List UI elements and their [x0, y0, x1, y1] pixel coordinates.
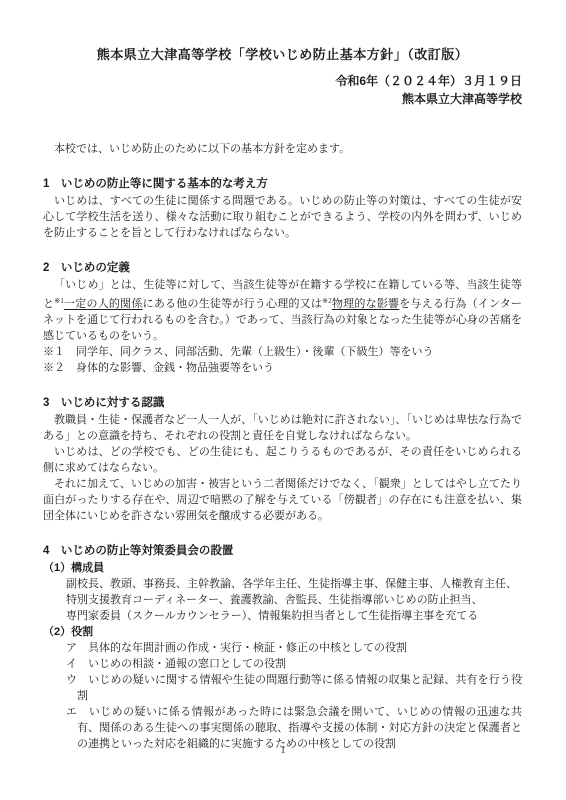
member-line: 特別支援教育コーディネーター、養護教諭、舎監長、生徒指導部いじめの防止担当、	[66, 592, 522, 608]
section-4-committee: 4 いじめの防止等対策委員会の設置 （1）構成員 副校長、教頭、事務長、主幹教諭…	[43, 543, 522, 752]
committee-role-list: ア 具体的な年間計画の作成・実行・検証・修正の中核としての役割 イ いじめの相談…	[43, 640, 522, 752]
subsection-roles-heading: （2）役割	[43, 624, 522, 640]
section-1-body: いじめは、すべての生徒に関係する問題である。いじめの防止等の対策は、すべての生徒…	[43, 193, 522, 241]
section-2-definition: 2 いじめの定義 「いじめ」とは、生徒等に対して、当該生徒等が在籍する学校に在籍…	[43, 260, 522, 376]
member-line: 専門家委員（スクールカウンセラー）、情報集約担当者として生徒指導主事を充てる	[66, 608, 522, 624]
section-3-recognition: 3 いじめに対する認識 教職員・生徒・保護者など一人一人が、「いじめは絶対に許さ…	[43, 395, 522, 524]
role-item-i: イ いじめの相談・通報の窓口としての役割	[66, 656, 522, 672]
role-item-u: ウ いじめの疑いに関する情報や生徒の問題行動等に係る情報の収集と記録、共有を行う…	[66, 672, 522, 704]
page-number: 1	[0, 742, 566, 758]
section-1-heading: 1 いじめの防止等に関する基本的な考え方	[43, 176, 522, 192]
committee-member-list: 副校長、教頭、事務長、主幹教諭、各学年主任、生徒指導主事、保健主事、人権教育主任…	[43, 576, 522, 624]
footnote-ref-2: ※2	[322, 297, 332, 305]
definition-mid: にある他の生徒等が行う心理的又は	[143, 298, 323, 310]
section-4-heading: 4 いじめの防止等対策委員会の設置	[43, 543, 522, 559]
section-3-paragraph-3: それに加えて、いじめの加害・被害という二者関係だけでなく、「観衆」としてはやし立…	[43, 476, 522, 524]
section-2-body: 「いじめ」とは、生徒等に対して、当該生徒等が在籍する学校に在籍している等、当該生…	[43, 277, 522, 344]
member-line: 副校長、教頭、事務長、主幹教諭、各学年主任、生徒指導主事、保健主事、人権教育主任…	[66, 576, 522, 592]
section-3-paragraph-2: いじめは、どの学校でも、どの生徒にも、起こりうるものであるが、その責任をいじめら…	[43, 444, 522, 476]
section-3-heading: 3 いじめに対する認識	[43, 395, 522, 411]
document-school-name: 熊本県立大津高等学校	[43, 90, 522, 108]
footnote-ref-1: ※1	[54, 297, 64, 305]
document-title: 熊本県立大津高等学校「学校いじめ防止基本方針」（改訂版）	[43, 46, 522, 63]
intro-paragraph: 本校では、いじめ防止のために以下の基本方針を定めます。	[43, 141, 522, 157]
underlined-term-personal-relation: 一定の人的関係	[64, 298, 143, 310]
section-2-heading: 2 いじめの定義	[43, 260, 522, 276]
role-item-a: ア 具体的な年間計画の作成・実行・検証・修正の中核としての役割	[66, 640, 522, 656]
section-1-basic-policy: 1 いじめの防止等に関する基本的な考え方 いじめは、すべての生徒に関係する問題で…	[43, 176, 522, 241]
section-3-paragraph-1: 教職員・生徒・保護者など一人一人が、「いじめは絶対に許されない」、「いじめは卑怯…	[43, 412, 522, 444]
document-date: 令和6年（２０２４年）３月１９日	[43, 72, 522, 90]
subsection-members-heading: （1）構成員	[43, 560, 522, 576]
document-page: 熊本県立大津高等学校「学校いじめ防止基本方針」（改訂版） 令和6年（２０２４年）…	[0, 0, 566, 800]
footnote-1: ※１ 同学年、同クラス、同部活動、先輩（上級生）・後輩（下級生）等をいう	[43, 344, 522, 360]
footnote-2: ※２ 身体的な影響、金銭・物品強要等をいう	[43, 360, 522, 376]
underlined-term-physical-influence: 物理的な影響	[332, 298, 400, 310]
